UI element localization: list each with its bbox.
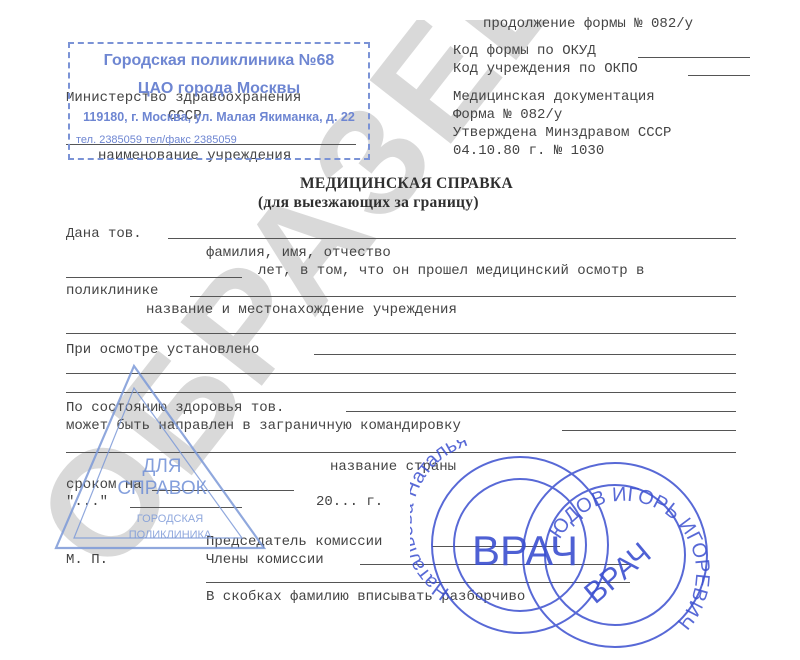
years-text: лет, в том, что он прошел медицинский ос… [258,263,644,279]
clinic-label: поликлинике [66,283,158,299]
ministry-line2: СССР [168,108,202,124]
country-caption: название страны [330,459,456,475]
health-state-field[interactable] [346,411,736,412]
ministry-line1: Министерство здравоохранения [66,90,301,106]
can-be-sent-label: может быть направлен в заграничную коман… [66,418,461,434]
members-label: Члены комиссии [206,552,324,568]
members-field-2[interactable] [206,582,630,583]
issued-to-label: Дана тов. [66,226,142,242]
exam-found-field[interactable] [314,354,736,355]
approved-date: 04.10.80 г. № 1030 [453,143,604,159]
blank-line-3[interactable] [66,392,736,393]
fio-field[interactable] [168,238,736,239]
year-label: 20... г. [316,494,383,510]
institution-caption: наименование учреждения [98,148,291,164]
institution-field[interactable] [66,144,356,145]
trip-field[interactable] [562,430,736,431]
blank-line-1[interactable] [66,333,736,334]
okpo-label: Код учреждения по ОКПО [453,61,638,77]
seal-label: М. П. [66,552,108,568]
term-label: сроком на [66,477,142,493]
approved-label: Утверждена Минздравом СССР [453,125,671,141]
clinic-field[interactable] [190,296,736,297]
members-field-1[interactable] [360,564,630,565]
age-field[interactable] [66,277,242,278]
fio-caption: фамилия, имя, отчество [206,245,391,261]
form-continuation: продолжение формы № 082/у [483,16,693,32]
clinic-caption: название и местонахождение учреждения [146,302,457,318]
term-field[interactable] [152,490,294,491]
blank-line-2[interactable] [66,373,736,374]
exam-found-label: При осмотре установлено [66,342,259,358]
med-doc-label: Медицинская документация [453,89,655,105]
health-state-label: По состоянию здоровья тов. [66,400,284,416]
document-title: МЕДИЦИНСКАЯ СПРАВКА [300,176,513,192]
okud-label: Код формы по ОКУД [453,43,596,59]
medical-certificate-form: продолжение формы № 082/у Код формы по О… [0,0,800,660]
country-field[interactable] [66,452,736,453]
chairman-field[interactable] [432,546,560,547]
date-quote: "..." [66,494,108,510]
okpo-field[interactable] [688,75,750,76]
legibility-note: В скобках фамилию вписывать разборчиво [206,589,525,605]
document-subtitle: (для выезжающих за границу) [258,195,479,211]
form-number: Форма № 082/у [453,107,562,123]
okud-field[interactable] [638,57,750,58]
chairman-label: Председатель комиссии [206,534,382,550]
date-field[interactable] [130,507,242,508]
